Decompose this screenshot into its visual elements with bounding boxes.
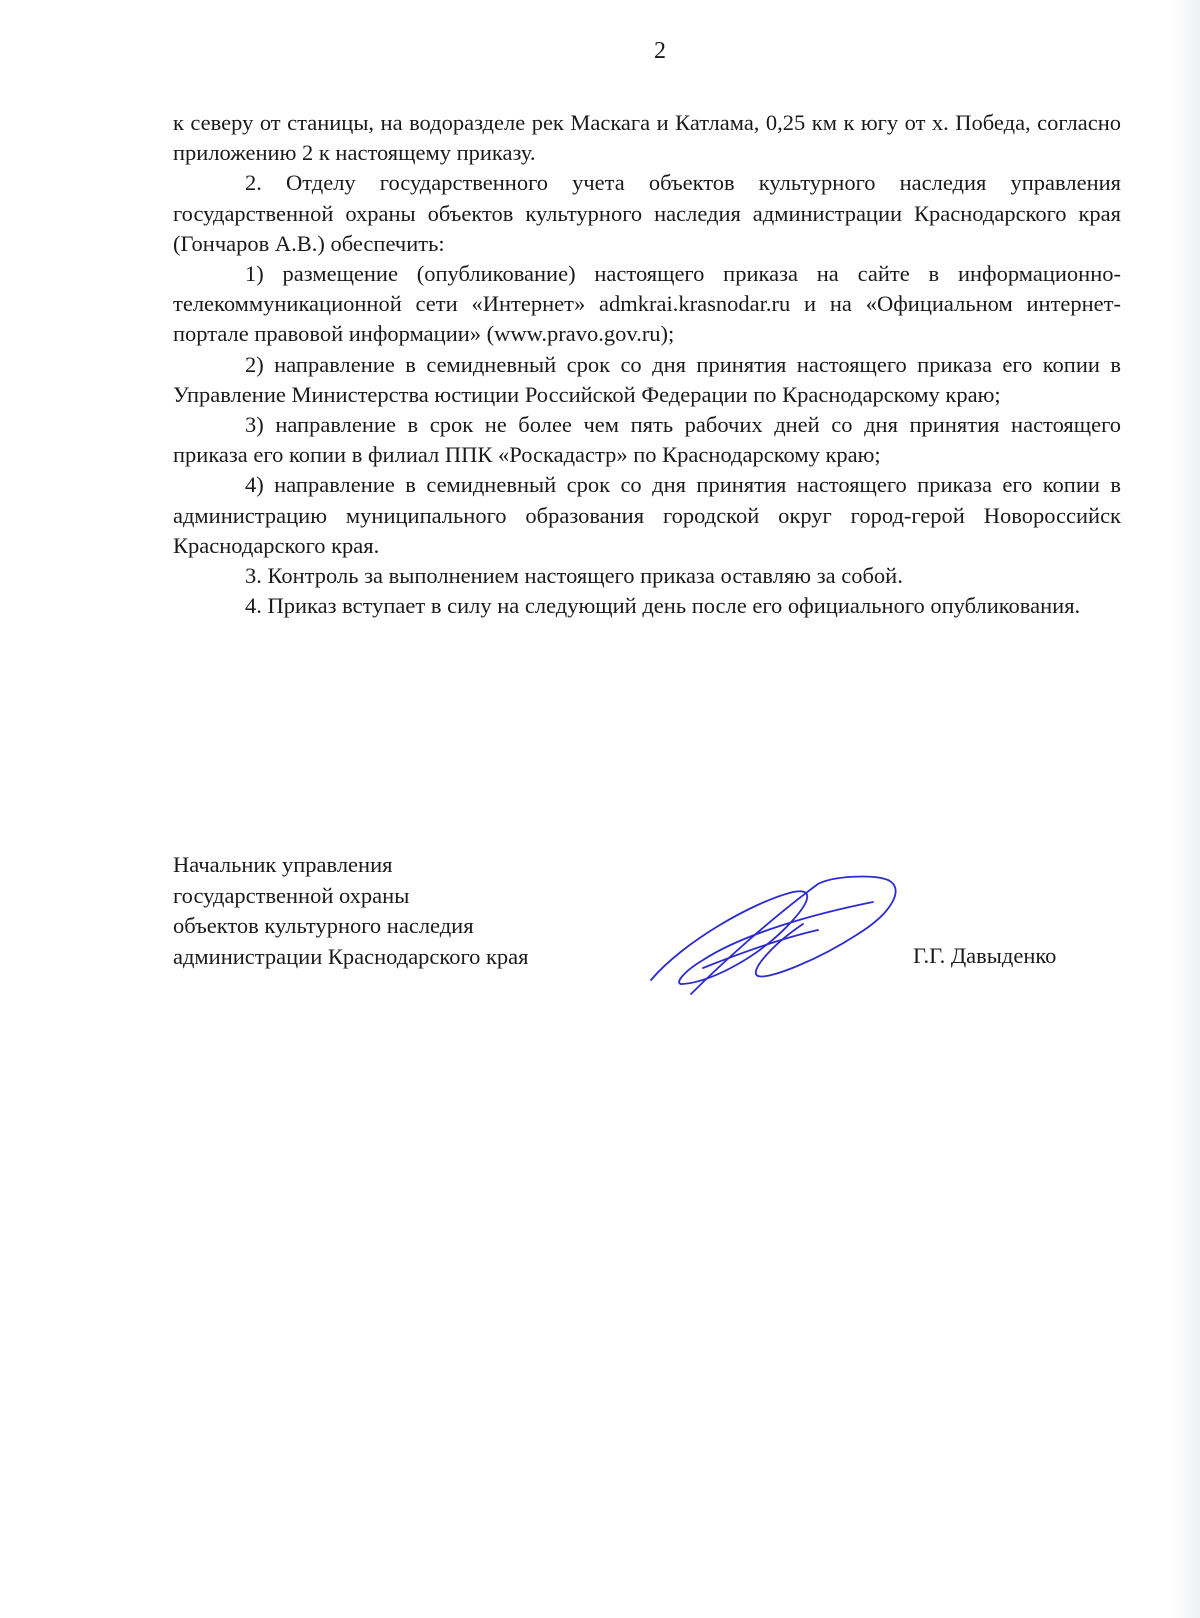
paragraph-subitem-4: 4) направление в семидневный срок со дня… bbox=[173, 470, 1121, 561]
paragraph-item-2: 2. Отделу государственного учета объекто… bbox=[173, 168, 1121, 259]
page-number: 2 bbox=[60, 36, 1200, 66]
paragraph-item-4: 4. Приказ вступает в силу на следующий д… bbox=[173, 591, 1121, 621]
paragraph-subitem-2: 2) направление в семидневный срок со дня… bbox=[173, 350, 1121, 410]
signature-block: Начальник управления государственной охр… bbox=[173, 850, 1121, 972]
paragraph-item-3: 3. Контроль за выполнением настоящего пр… bbox=[173, 561, 1121, 591]
paragraph-subitem-3: 3) направление в срок не более чем пять … bbox=[173, 410, 1121, 470]
signatory-name: Г.Г. Давыденко bbox=[913, 941, 1056, 972]
paragraph-subitem-1: 1) размещение (опубликование) настоящего… bbox=[173, 259, 1121, 350]
paragraph-continuation: к северу от станицы, на водоразделе рек … bbox=[173, 108, 1121, 168]
handwritten-signature-icon bbox=[643, 872, 903, 1002]
page-edge-shadow bbox=[1170, 0, 1200, 1618]
document-body: к северу от станицы, на водоразделе рек … bbox=[173, 108, 1121, 621]
